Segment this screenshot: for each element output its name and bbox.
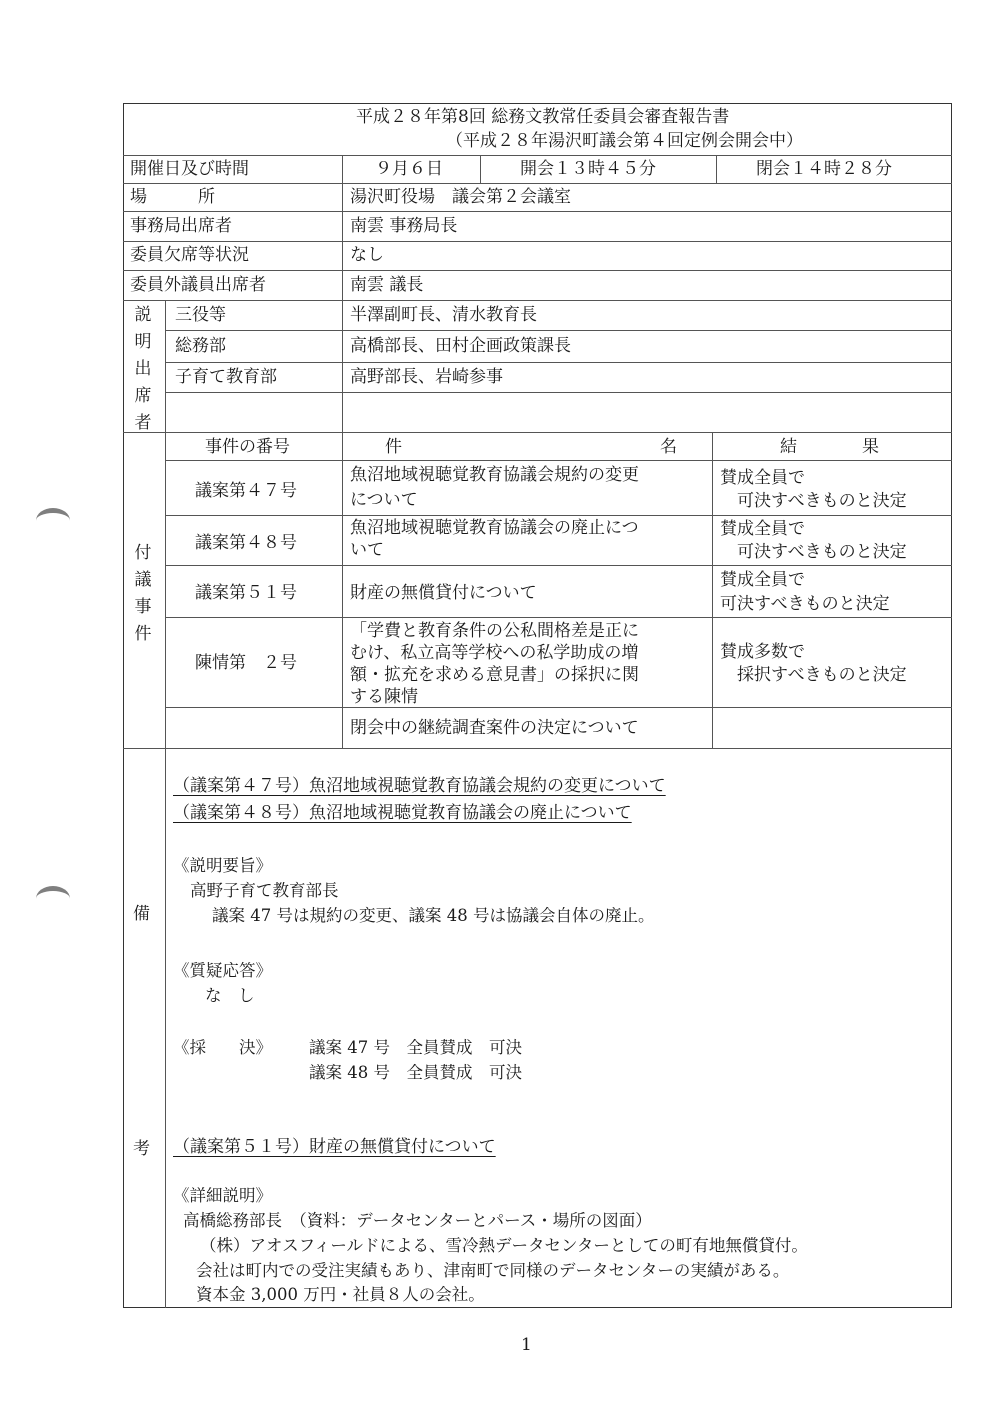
case-result-line: 賛成全員で bbox=[720, 569, 805, 591]
row-divider bbox=[123, 155, 952, 156]
header-case-name-left: 件 bbox=[385, 436, 402, 458]
row-divider bbox=[165, 330, 952, 331]
page-number: 1 bbox=[521, 1335, 532, 1355]
case-number: 議案第５１号 bbox=[195, 582, 297, 604]
case-name-line: 財産の無償貸付について bbox=[350, 582, 537, 604]
case-number: 陳情第 ２号 bbox=[195, 652, 297, 674]
header-result-left: 結 bbox=[780, 436, 797, 458]
absence-label: 委員欠席等状況 bbox=[130, 244, 249, 266]
explainer-names: 高野部長、岩崎参事 bbox=[350, 366, 503, 388]
case-name-line: について bbox=[350, 489, 418, 511]
row-divider bbox=[165, 707, 952, 708]
vertical-char: 者 bbox=[132, 410, 154, 437]
detail-speaker: 高橋総務部長 （資料：データセンターとパース・場所の図面） bbox=[183, 1210, 652, 1232]
vertical-char: 事 bbox=[132, 594, 154, 621]
case-name-line: 魚沼地域視聴覚教育協議会規約の変更 bbox=[350, 464, 639, 486]
case-result-line: 賛成全員で bbox=[720, 467, 805, 489]
vertical-char: 説 bbox=[132, 302, 154, 329]
row-divider bbox=[123, 300, 952, 301]
row-divider bbox=[123, 748, 952, 749]
row-divider bbox=[165, 565, 952, 566]
header-case-name-right: 名 bbox=[660, 436, 677, 458]
row-divider bbox=[165, 515, 952, 516]
secretariat-value: 南雲 事務局長 bbox=[350, 215, 457, 237]
case-name-line: 閉会中の継続調査案件の決定について bbox=[350, 717, 639, 739]
place-label: 場 所 bbox=[130, 186, 215, 208]
qa-text: な し bbox=[205, 985, 255, 1007]
case-result-line: 可決すべきものと決定 bbox=[720, 593, 890, 615]
punch-hole-mark bbox=[36, 508, 70, 533]
punch-hole-mark bbox=[36, 886, 70, 911]
col-divider bbox=[165, 300, 166, 1308]
explainer-name: 高野子育て教育部長 bbox=[190, 880, 339, 902]
row-divider bbox=[165, 362, 952, 363]
case-result-line: 賛成多数で bbox=[720, 641, 805, 663]
vote-line: 議案 47 号 全員賛成 可決 bbox=[309, 1037, 522, 1059]
case-name-line: 「学費と教育条件の公私間格差是正に bbox=[350, 620, 639, 642]
detail-line: （株）アオスフィールドによる、雪冷熱データセンターとしての町有地無償貸付。 bbox=[200, 1235, 808, 1257]
explainer-dept: 子育て教育部 bbox=[175, 366, 277, 388]
explanation-text: 議案 47 号は規約の変更、議案 48 号は協議会自体の廃止。 bbox=[212, 905, 654, 927]
row-divider bbox=[123, 270, 952, 271]
col-divider bbox=[480, 155, 481, 183]
case-name-line: 魚沼地域視聴覚教育協議会の廃止につ bbox=[350, 517, 639, 539]
vertical-char: 席 bbox=[132, 383, 154, 410]
row-divider bbox=[165, 617, 952, 618]
row-divider bbox=[123, 432, 952, 433]
case-result-line: 採択すべきものと決定 bbox=[720, 664, 907, 686]
remarks-heading-51: （議案第５１号）財産の無償貸付について bbox=[173, 1136, 496, 1158]
row-divider bbox=[123, 183, 952, 184]
row-divider bbox=[123, 241, 952, 242]
vertical-char: 出 bbox=[132, 356, 154, 383]
case-result-line: 可決すべきものと決定 bbox=[720, 490, 907, 512]
close-time: 閉会１４時２８分 bbox=[756, 158, 892, 180]
qa-label: 《質疑応答》 bbox=[173, 960, 272, 982]
header-case-number: 事件の番号 bbox=[205, 436, 290, 458]
vertical-char: 議 bbox=[132, 567, 154, 594]
remarks-label-bottom: 考 bbox=[133, 1138, 150, 1160]
vertical-char: 件 bbox=[132, 621, 154, 648]
col-divider bbox=[712, 432, 713, 748]
vertical-char: 付 bbox=[132, 540, 154, 567]
detail-line: 資本金 3,000 万円・社員８人の会社。 bbox=[196, 1284, 485, 1306]
row-divider bbox=[123, 211, 952, 212]
explainers-group-label: 説 明 出 席 者 bbox=[132, 302, 154, 437]
place-value: 湯沢町役場 議会第２会議室 bbox=[350, 186, 571, 208]
document-subtitle: （平成２８年湯沢町議会第４回定例会開会中） bbox=[446, 130, 803, 152]
absence-value: なし bbox=[350, 244, 384, 266]
non-member-label: 委員外議員出席者 bbox=[130, 274, 266, 296]
remarks-label-top: 備 bbox=[133, 903, 150, 925]
remarks-heading-48: （議案第４８号）魚沼地域視聴覚教育協議会の廃止について bbox=[173, 802, 632, 824]
explainer-names: 半澤副町長、清水教育長 bbox=[350, 304, 537, 326]
explainer-dept: 総務部 bbox=[175, 335, 226, 357]
row-divider bbox=[165, 460, 952, 461]
case-name-line: 額・拡充を求める意見書」の採択に関 bbox=[350, 664, 639, 686]
col-divider bbox=[716, 155, 717, 183]
case-name-line: いて bbox=[350, 539, 384, 561]
detail-label: 《詳細説明》 bbox=[173, 1185, 272, 1207]
document-title: 平成２８年第8回 総務文教常任委員会審査報告書 bbox=[356, 106, 729, 128]
date-label: 開催日及び時間 bbox=[130, 158, 249, 180]
case-number: 議案第４８号 bbox=[195, 532, 297, 554]
case-name-line: むけ、私立高等学校への私学助成の増 bbox=[350, 642, 638, 664]
vote-line: 議案 48 号 全員賛成 可決 bbox=[309, 1062, 522, 1084]
vertical-char: 明 bbox=[132, 329, 154, 356]
explainer-dept: 三役等 bbox=[175, 304, 226, 326]
header-result-right: 果 bbox=[862, 436, 879, 458]
case-result-line: 可決すべきものと決定 bbox=[720, 541, 907, 563]
meeting-date: ９月６日 bbox=[375, 158, 443, 180]
vote-label: 《採 決》 bbox=[173, 1037, 272, 1059]
explainer-names: 高橋部長、田村企画政策課長 bbox=[350, 335, 571, 357]
agenda-group-label: 付 議 事 件 bbox=[132, 540, 154, 648]
secretariat-label: 事務局出席者 bbox=[130, 215, 232, 237]
case-result-line: 賛成全員で bbox=[720, 518, 805, 540]
remarks-heading-47: （議案第４７号）魚沼地域視聴覚教育協議会規約の変更について bbox=[173, 775, 666, 797]
case-number: 議案第４７号 bbox=[195, 480, 297, 502]
row-divider bbox=[165, 392, 952, 393]
explanation-label: 《説明要旨》 bbox=[173, 855, 272, 877]
detail-line: 会社は町内での受注実績もあり、津南町で同様のデータセンターの実績がある。 bbox=[196, 1260, 789, 1282]
open-time: 開会１３時４５分 bbox=[520, 158, 656, 180]
col-divider bbox=[342, 155, 343, 748]
non-member-value: 南雲 議長 bbox=[350, 274, 423, 296]
case-name-line: する陳情 bbox=[350, 686, 418, 708]
